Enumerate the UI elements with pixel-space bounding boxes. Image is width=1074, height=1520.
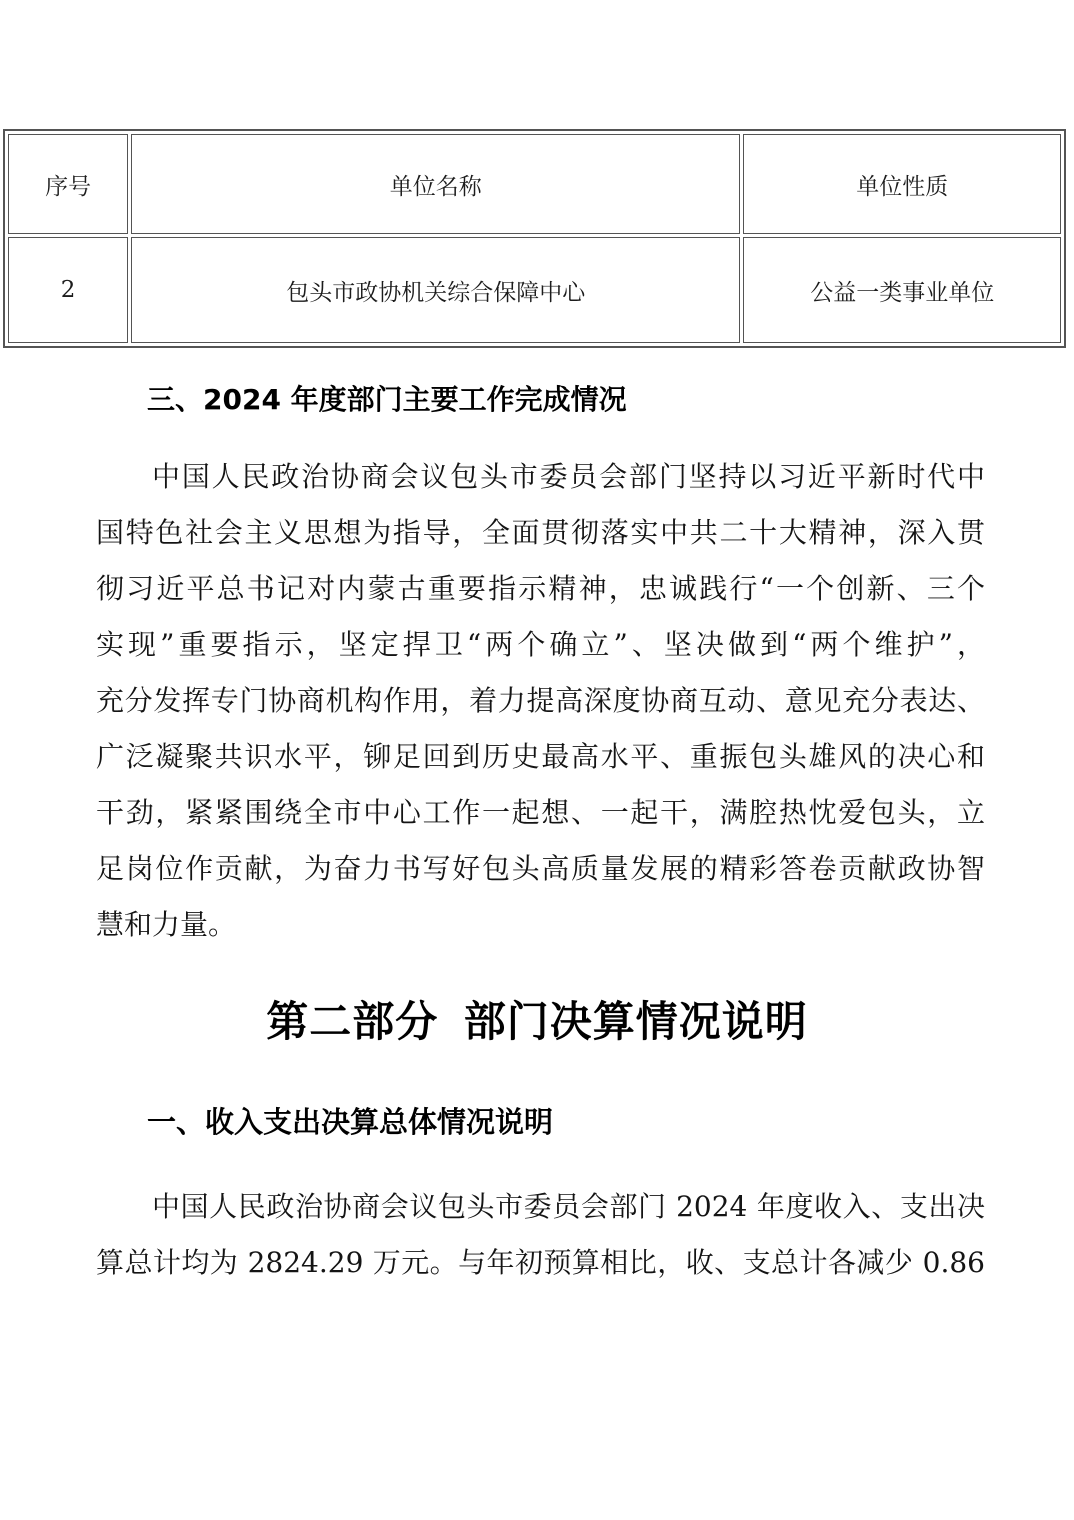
header-cell-index: 序号 (8, 134, 128, 234)
paragraph-line: 广泛凝聚共识水平，铆足回到历史最高水平、重振包头雄风的决心和 (96, 729, 985, 785)
cell-unit-name: 包头市政协机关综合保障中心 (131, 237, 740, 343)
paragraph-line: 算总计均为 2824.29 万元。与年初预算相比，收、支总计各减少 0.86 (96, 1235, 985, 1291)
unit-table-container: 序号 单位名称 单位性质 2 包头市政协机关综合保障中心 公益一类事业单位 (3, 129, 1066, 348)
paragraph-line: 慧和力量。 (96, 897, 985, 953)
paragraph-line: 彻习近平总书记对内蒙古重要指示精神，忠诚践行“一个创新、三个 (96, 561, 985, 617)
section-work-paragraph: 中国人民政治协商会议包头市委员会部门坚持以习近平新时代中 国特色社会主义思想为指… (96, 449, 985, 953)
section-income-heading: 一、收入支出决算总体情况说明 (147, 1104, 553, 1140)
cell-unit-type: 公益一类事业单位 (743, 237, 1061, 343)
table-header-row: 序号 单位名称 单位性质 (8, 134, 1061, 234)
table-row: 2 包头市政协机关综合保障中心 公益一类事业单位 (8, 237, 1061, 343)
paragraph-line: 干劲，紧紧围绕全市中心工作一起想、一起干，满腔热忱爱包头，立 (96, 785, 985, 841)
section-work-heading: 三、2024 年度部门主要工作完成情况 (147, 382, 627, 418)
cell-index: 2 (8, 237, 128, 343)
paragraph-line: 充分发挥专门协商机构作用，着力提高深度协商互动、意见充分表达、 (96, 673, 985, 729)
unit-table: 序号 单位名称 单位性质 2 包头市政协机关综合保障中心 公益一类事业单位 (3, 129, 1066, 348)
header-cell-unit-type: 单位性质 (743, 134, 1061, 234)
section-income-paragraph: 中国人民政治协商会议包头市委员会部门 2024 年度收入、支出决 算总计均为 2… (96, 1179, 985, 1291)
paragraph-line: 实现”重要指示，坚定捍卫“两个确立”、坚决做到“两个维护”， (96, 617, 985, 673)
paragraph-line: 中国人民政治协商会议包头市委员会部门坚持以习近平新时代中 (96, 449, 985, 505)
document-page: 序号 单位名称 单位性质 2 包头市政协机关综合保障中心 公益一类事业单位 三、… (0, 0, 1074, 1520)
paragraph-line: 中国人民政治协商会议包头市委员会部门 2024 年度收入、支出决 (96, 1179, 985, 1235)
paragraph-line: 国特色社会主义思想为指导，全面贯彻落实中共二十大精神，深入贯 (96, 505, 985, 561)
paragraph-line: 足岗位作贡献，为奋力书写好包头高质量发展的精彩答卷贡献政协智 (96, 841, 985, 897)
part-two-title: 第二部分 部门决算情况说明 (0, 992, 1074, 1052)
header-cell-unit-name: 单位名称 (131, 134, 740, 234)
